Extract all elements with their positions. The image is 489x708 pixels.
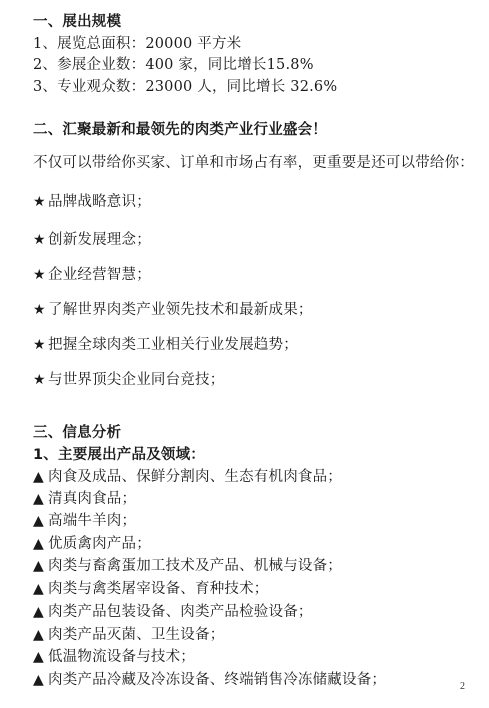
- triangle-icon: ▲: [33, 648, 48, 666]
- triangle-bullet: ▲肉类产品冷藏及冷冻设备、终端销售冷冻储藏设备；: [33, 671, 386, 689]
- triangle-icon: ▲: [33, 626, 48, 644]
- section-3-subheading: 1、主要展出产品及领域：: [33, 446, 205, 464]
- scale-item-exhibitors: 2、参展企业数：400 家，同比增长15.8%: [33, 56, 314, 74]
- triangle-icon: ▲: [33, 535, 48, 553]
- star-bullet: ★企业经营智慧；: [33, 266, 151, 284]
- star-icon: ★: [33, 301, 48, 319]
- section-3-heading: 三、信息分析: [33, 424, 121, 442]
- section-1-heading: 一、展出规模: [33, 13, 121, 31]
- triangle-bullet: ▲高端牛羊肉；: [33, 512, 136, 530]
- triangle-icon: ▲: [33, 580, 48, 598]
- star-bullet: ★创新发展理念；: [33, 231, 151, 249]
- triangle-icon: ▲: [33, 603, 48, 621]
- section-2-intro: 不仅可以带给你买家、订单和市场占有率，更重要是还可以带给你：: [33, 154, 474, 172]
- triangle-bullet: ▲肉类产品包装设备、肉类产品检验设备；: [33, 603, 313, 621]
- star-bullet: ★把握全球肉类工业相关行业发展趋势；: [33, 336, 298, 354]
- section-2-heading: 二、汇聚最新和最领先的肉类产业行业盛会！: [33, 121, 327, 139]
- triangle-bullet: ▲肉类与畜禽蛋加工技术及产品、机械与设备；: [33, 557, 342, 575]
- triangle-bullet: ▲低温物流设备与技术；: [33, 648, 195, 666]
- triangle-bullet: ▲清真肉食品；: [33, 490, 136, 508]
- scale-item-area: 1、展览总面积：20000 平方米: [33, 35, 241, 53]
- star-icon: ★: [33, 371, 48, 389]
- scale-item-visitors: 3、专业观众数：23000 人，同比增长 32.6%: [33, 78, 337, 96]
- triangle-icon: ▲: [33, 490, 48, 508]
- star-icon: ★: [33, 193, 48, 211]
- star-bullet: ★品牌战略意识；: [33, 193, 151, 211]
- triangle-icon: ▲: [33, 557, 48, 575]
- star-icon: ★: [33, 266, 48, 284]
- star-bullet: ★了解世界肉类产业领先技术和最新成果；: [33, 301, 313, 319]
- star-icon: ★: [33, 336, 48, 354]
- page-number: 2: [460, 681, 465, 692]
- triangle-bullet: ▲肉类产品灭菌、卫生设备；: [33, 626, 224, 644]
- triangle-bullet: ▲优质禽肉产品；: [33, 535, 151, 553]
- triangle-icon: ▲: [33, 671, 48, 689]
- triangle-bullet: ▲肉类与禽类屠宰设备、育种技术；: [33, 580, 269, 598]
- star-bullet: ★与世界顶尖企业同台竞技；: [33, 371, 224, 389]
- document-page: 一、展出规模 1、展览总面积：20000 平方米 2、参展企业数：400 家，同…: [0, 0, 489, 708]
- star-icon: ★: [33, 231, 48, 249]
- triangle-icon: ▲: [33, 512, 48, 530]
- triangle-icon: ▲: [33, 468, 48, 486]
- triangle-bullet: ▲肉食及成品、保鲜分割肉、生态有机肉食品；: [33, 468, 342, 486]
